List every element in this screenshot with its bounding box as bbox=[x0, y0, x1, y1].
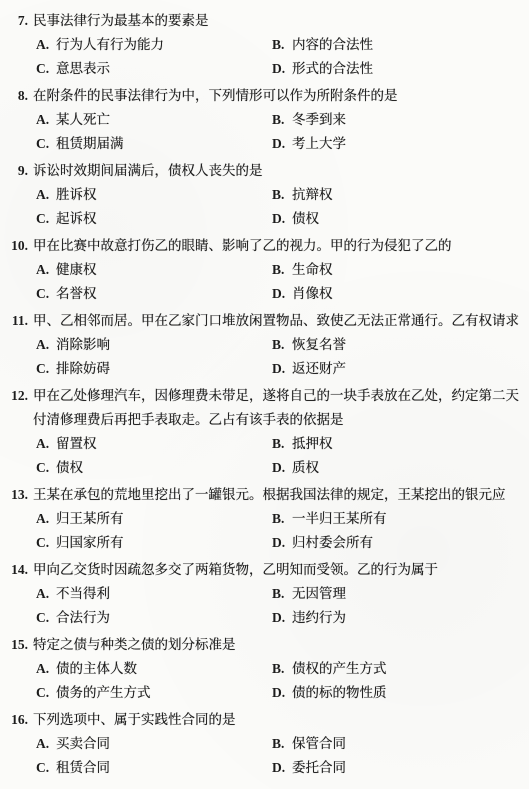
option-a: A.留置权 bbox=[36, 432, 272, 456]
option-text: 违约行为 bbox=[292, 606, 346, 630]
option-label: C. bbox=[36, 57, 56, 81]
question-item-16: 16. 下列选项中、属于实践性合同的是 A.买卖合同 B.保管合同 C.租赁合同… bbox=[6, 708, 525, 780]
question-item-15: 15. 特定之债与种类之债的划分标准是 A.债的主体人数 B.债权的产生方式 C… bbox=[6, 633, 525, 705]
option-label: D. bbox=[272, 681, 292, 705]
option-label: C. bbox=[36, 207, 56, 231]
option-label: B. bbox=[272, 507, 292, 531]
option-text: 归王某所有 bbox=[56, 507, 124, 531]
option-label: C. bbox=[36, 606, 56, 630]
option-grid: A.消除影响 B.恢复名誉 C.排除妨碍 D.返还财产 bbox=[6, 333, 525, 381]
option-label: D. bbox=[272, 531, 292, 555]
option-label: A. bbox=[36, 183, 56, 207]
option-label: B. bbox=[272, 333, 292, 357]
option-label: D. bbox=[272, 282, 292, 306]
option-b: B.抗辩权 bbox=[272, 183, 525, 207]
question-number: 9. bbox=[6, 159, 28, 183]
option-d: D.质权 bbox=[272, 456, 525, 480]
option-d: D.债权 bbox=[272, 207, 525, 231]
option-b: B.无因管理 bbox=[272, 582, 525, 606]
option-text: 债权 bbox=[292, 207, 319, 231]
option-c: C.债务的产生方式 bbox=[36, 681, 272, 705]
option-grid: A.债的主体人数 B.债权的产生方式 C.债务的产生方式 D.债的标的物性质 bbox=[6, 657, 525, 705]
question-number: 13. bbox=[6, 483, 28, 507]
option-text: 委托合同 bbox=[292, 756, 346, 780]
option-text: 归国家所有 bbox=[56, 531, 124, 555]
option-label: B. bbox=[272, 432, 292, 456]
option-a: A.行为人有行为能力 bbox=[36, 33, 272, 57]
option-label: B. bbox=[272, 657, 292, 681]
option-label: D. bbox=[272, 756, 292, 780]
question-stem: 下列选项中、属于实践性合同的是 bbox=[33, 708, 525, 732]
option-grid: A.不当得利 B.无因管理 C.合法行为 D.违约行为 bbox=[6, 582, 525, 630]
option-text: 租赁期届满 bbox=[56, 132, 124, 156]
option-label: B. bbox=[272, 183, 292, 207]
option-a: A.某人死亡 bbox=[36, 108, 272, 132]
option-b: B.一半归王某所有 bbox=[272, 507, 525, 531]
option-d: D.违约行为 bbox=[272, 606, 525, 630]
option-text: 起诉权 bbox=[56, 207, 97, 231]
option-text: 抗辩权 bbox=[292, 183, 333, 207]
option-d: D.返还财产 bbox=[272, 357, 525, 381]
option-label: C. bbox=[36, 282, 56, 306]
question-item-10: 10. 甲在比赛中故意打伤乙的眼睛、影响了乙的视力。甲的行为侵犯了乙的 A.健康… bbox=[6, 234, 525, 306]
option-label: B. bbox=[272, 33, 292, 57]
option-text: 一半归王某所有 bbox=[292, 507, 387, 531]
option-d: D.委托合同 bbox=[272, 756, 525, 780]
question-stem: 特定之债与种类之债的划分标准是 bbox=[33, 633, 525, 657]
question-stem: 诉讼时效期间届满后，债权人丧失的是 bbox=[33, 159, 525, 183]
option-text: 冬季到来 bbox=[292, 108, 346, 132]
option-text: 债务的产生方式 bbox=[56, 681, 151, 705]
option-text: 形式的合法性 bbox=[292, 57, 373, 81]
option-label: A. bbox=[36, 732, 56, 756]
option-label: D. bbox=[272, 207, 292, 231]
option-text: 行为人有行为能力 bbox=[56, 33, 164, 57]
option-text: 返还财产 bbox=[292, 357, 346, 381]
option-grid: A.买卖合同 B.保管合同 C.租赁合同 D.委托合同 bbox=[6, 732, 525, 780]
question-item-7: 7. 民事法律行为最基本的要素是 A.行为人有行为能力 B.内容的合法性 C.意… bbox=[6, 9, 525, 81]
option-label: A. bbox=[36, 333, 56, 357]
option-d: D.债的标的物性质 bbox=[272, 681, 525, 705]
option-label: A. bbox=[36, 108, 56, 132]
question-stem: 在附条件的民事法律行为中，下列情形可以作为所附条件的是 bbox=[33, 84, 525, 108]
option-c: C.债权 bbox=[36, 456, 272, 480]
option-label: A. bbox=[36, 33, 56, 57]
option-b: B.恢复名誉 bbox=[272, 333, 525, 357]
option-a: A.债的主体人数 bbox=[36, 657, 272, 681]
option-a: A.买卖合同 bbox=[36, 732, 272, 756]
option-text: 保管合同 bbox=[292, 732, 346, 756]
option-text: 消除影响 bbox=[56, 333, 110, 357]
option-d: D.肖像权 bbox=[272, 282, 525, 306]
question-item-12: 12. 甲在乙处修理汽车，因修理费未带足，遂将自己的一块手表放在乙处，约定第二天… bbox=[6, 384, 525, 480]
option-text: 留置权 bbox=[56, 432, 97, 456]
option-b: B.内容的合法性 bbox=[272, 33, 525, 57]
option-text: 某人死亡 bbox=[56, 108, 110, 132]
question-stem: 王某在承包的荒地里挖出了一罐银元。根据我国法律的规定，王某挖出的银元应 bbox=[33, 483, 525, 507]
option-text: 债的主体人数 bbox=[56, 657, 137, 681]
option-text: 恢复名誉 bbox=[292, 333, 346, 357]
option-text: 考上大学 bbox=[292, 132, 346, 156]
question-stem: 甲向乙交货时因疏忽多交了两箱货物，乙明知而受领。乙的行为属于 bbox=[33, 558, 525, 582]
option-d: D.形式的合法性 bbox=[272, 57, 525, 81]
question-item-11: 11. 甲、乙相邻而居。甲在乙家门口堆放闲置物品、致使乙无法正常通行。乙有权请求… bbox=[6, 309, 525, 381]
option-b: B.冬季到来 bbox=[272, 108, 525, 132]
option-c: C.名誉权 bbox=[36, 282, 272, 306]
option-text: 债权的产生方式 bbox=[292, 657, 387, 681]
option-label: D. bbox=[272, 57, 292, 81]
option-text: 无因管理 bbox=[292, 582, 346, 606]
option-a: A.健康权 bbox=[36, 258, 272, 282]
question-stem: 甲、乙相邻而居。甲在乙家门口堆放闲置物品、致使乙无法正常通行。乙有权请求 bbox=[33, 309, 525, 333]
option-text: 排除妨碍 bbox=[56, 357, 110, 381]
option-text: 生命权 bbox=[292, 258, 333, 282]
option-text: 胜诉权 bbox=[56, 183, 97, 207]
question-number: 7. bbox=[6, 9, 28, 33]
question-item-13: 13. 王某在承包的荒地里挖出了一罐银元。根据我国法律的规定，王某挖出的银元应 … bbox=[6, 483, 525, 555]
option-a: A.消除影响 bbox=[36, 333, 272, 357]
option-c: C.意思表示 bbox=[36, 57, 272, 81]
option-text: 合法行为 bbox=[56, 606, 110, 630]
option-label: C. bbox=[36, 681, 56, 705]
option-grid: A.健康权 B.生命权 C.名誉权 D.肖像权 bbox=[6, 258, 525, 306]
option-label: A. bbox=[36, 432, 56, 456]
question-number: 16. bbox=[6, 708, 28, 732]
option-label: D. bbox=[272, 357, 292, 381]
option-label: B. bbox=[272, 732, 292, 756]
option-c: C.租赁合同 bbox=[36, 756, 272, 780]
question-number: 11. bbox=[6, 309, 28, 333]
option-c: C.归国家所有 bbox=[36, 531, 272, 555]
option-label: C. bbox=[36, 132, 56, 156]
option-text: 质权 bbox=[292, 456, 319, 480]
option-label: D. bbox=[272, 456, 292, 480]
option-b: B.生命权 bbox=[272, 258, 525, 282]
option-grid: A.某人死亡 B.冬季到来 C.租赁期届满 D.考上大学 bbox=[6, 108, 525, 156]
option-grid: A.胜诉权 B.抗辩权 C.起诉权 D.债权 bbox=[6, 183, 525, 231]
option-text: 名誉权 bbox=[56, 282, 97, 306]
option-text: 肖像权 bbox=[292, 282, 333, 306]
option-label: A. bbox=[36, 657, 56, 681]
option-label: A. bbox=[36, 582, 56, 606]
option-text: 不当得利 bbox=[56, 582, 110, 606]
question-number: 10. bbox=[6, 234, 28, 258]
option-c: C.合法行为 bbox=[36, 606, 272, 630]
option-text: 内容的合法性 bbox=[292, 33, 373, 57]
question-number: 15. bbox=[6, 633, 28, 657]
option-label: D. bbox=[272, 606, 292, 630]
question-number: 8. bbox=[6, 84, 28, 108]
question-number: 14. bbox=[6, 558, 28, 582]
option-d: D.考上大学 bbox=[272, 132, 525, 156]
option-label: B. bbox=[272, 108, 292, 132]
question-number: 12. bbox=[6, 384, 28, 408]
option-d: D.归村委会所有 bbox=[272, 531, 525, 555]
option-text: 租赁合同 bbox=[56, 756, 110, 780]
option-text: 抵押权 bbox=[292, 432, 333, 456]
option-b: B.保管合同 bbox=[272, 732, 525, 756]
option-text: 买卖合同 bbox=[56, 732, 110, 756]
option-label: C. bbox=[36, 531, 56, 555]
option-b: B.债权的产生方式 bbox=[272, 657, 525, 681]
option-grid: A.行为人有行为能力 B.内容的合法性 C.意思表示 D.形式的合法性 bbox=[6, 33, 525, 81]
option-grid: A.留置权 B.抵押权 C.债权 D.质权 bbox=[6, 432, 525, 480]
option-label: C. bbox=[36, 357, 56, 381]
option-label: B. bbox=[272, 258, 292, 282]
question-stem: 甲在乙处修理汽车，因修理费未带足，遂将自己的一块手表放在乙处，约定第二天付清修理… bbox=[33, 384, 525, 432]
question-stem: 甲在比赛中故意打伤乙的眼睛、影响了乙的视力。甲的行为侵犯了乙的 bbox=[33, 234, 525, 258]
option-grid: A.归王某所有 B.一半归王某所有 C.归国家所有 D.归村委会所有 bbox=[6, 507, 525, 555]
option-b: B.抵押权 bbox=[272, 432, 525, 456]
option-a: A.胜诉权 bbox=[36, 183, 272, 207]
option-a: A.归王某所有 bbox=[36, 507, 272, 531]
option-c: C.排除妨碍 bbox=[36, 357, 272, 381]
option-c: C.起诉权 bbox=[36, 207, 272, 231]
option-text: 债权 bbox=[56, 456, 83, 480]
option-label: A. bbox=[36, 258, 56, 282]
option-label: D. bbox=[272, 132, 292, 156]
option-label: A. bbox=[36, 507, 56, 531]
option-label: B. bbox=[272, 582, 292, 606]
option-c: C.租赁期届满 bbox=[36, 132, 272, 156]
question-item-8: 8. 在附条件的民事法律行为中，下列情形可以作为所附条件的是 A.某人死亡 B.… bbox=[6, 84, 525, 156]
question-stem: 民事法律行为最基本的要素是 bbox=[33, 9, 525, 33]
option-label: C. bbox=[36, 456, 56, 480]
question-item-9: 9. 诉讼时效期间届满后，债权人丧失的是 A.胜诉权 B.抗辩权 C.起诉权 D… bbox=[6, 159, 525, 231]
option-text: 健康权 bbox=[56, 258, 97, 282]
option-text: 归村委会所有 bbox=[292, 531, 373, 555]
option-text: 意思表示 bbox=[56, 57, 110, 81]
exam-page: 7. 民事法律行为最基本的要素是 A.行为人有行为能力 B.内容的合法性 C.意… bbox=[0, 0, 529, 789]
option-a: A.不当得利 bbox=[36, 582, 272, 606]
option-label: C. bbox=[36, 756, 56, 780]
option-text: 债的标的物性质 bbox=[292, 681, 387, 705]
question-item-14: 14. 甲向乙交货时因疏忽多交了两箱货物，乙明知而受领。乙的行为属于 A.不当得… bbox=[6, 558, 525, 630]
